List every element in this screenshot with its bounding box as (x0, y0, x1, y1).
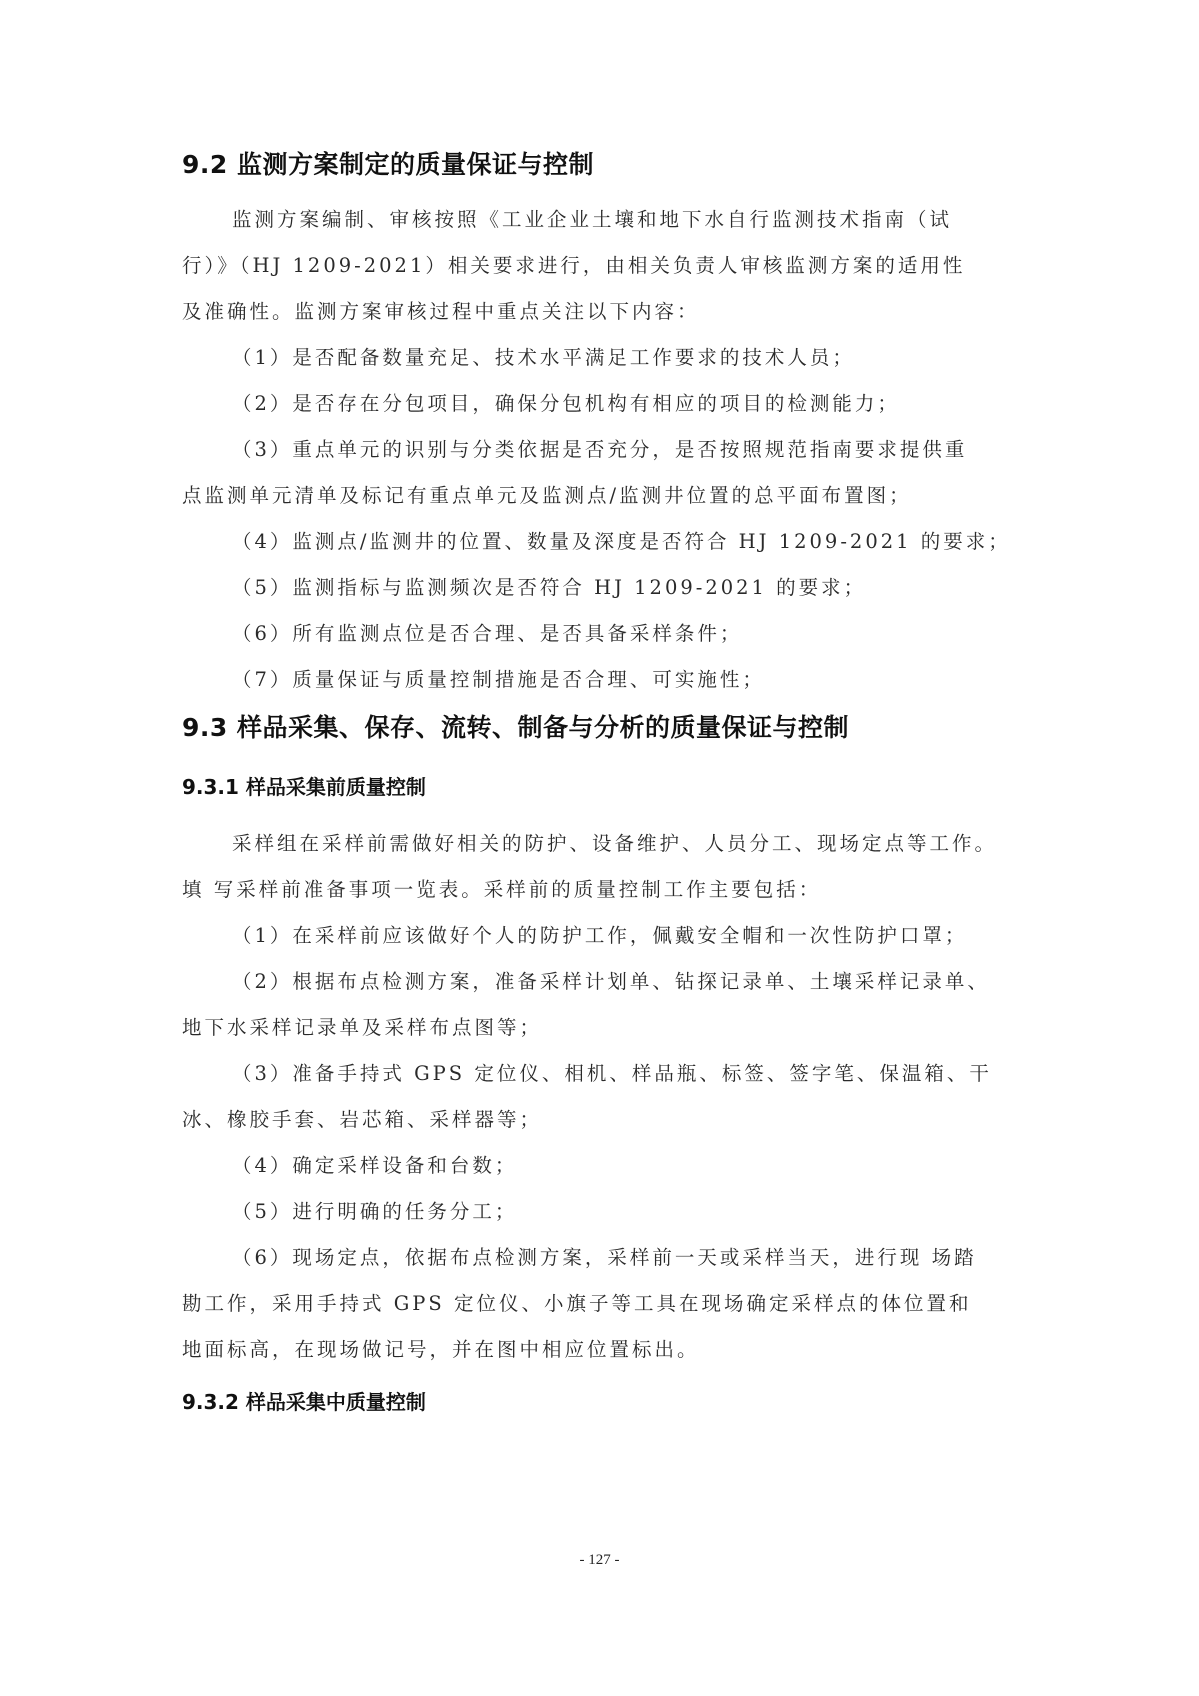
subsection-heading-9-3-2: 9.3.2 样品采集中质量控制 (182, 1388, 426, 1416)
list-item-continuation: 冰、橡胶手套、岩芯箱、采样器等； (182, 1106, 542, 1134)
list-item: （5）监测指标与监测频次是否符合 HJ 1209-2021 的要求； (232, 574, 866, 602)
list-item: （1）在采样前应该做好个人的防护工作，佩戴安全帽和一次性防护口罩； (232, 922, 967, 950)
list-item: （4）确定采样设备和台数； (232, 1152, 517, 1180)
list-item-continuation: 点监测单元清单及标记有重点单元及监测点/监测井位置的总平面布置图； (182, 482, 912, 510)
list-item: （2）是否存在分包项目，确保分包机构有相应的项目的检测能力； (232, 390, 900, 418)
list-item: （6）所有监测点位是否合理、是否具备采样条件； (232, 620, 742, 648)
list-item-continuation: 地面标高，在现场做记号，并在图中相应位置标出。 (182, 1336, 700, 1364)
page-number: - 127 - (0, 1552, 1199, 1569)
paragraph-line: 行）》（HJ 1209-2021）相关要求进行，由相关负责人审核监测方案的适用性 (182, 252, 965, 280)
list-item: （3）准备手持式 GPS 定位仪、相机、样品瓶、标签、签字笔、保温箱、干 (232, 1060, 992, 1088)
list-item: （5）进行明确的任务分工； (232, 1198, 517, 1226)
subsection-heading-9-3-1: 9.3.1 样品采集前质量控制 (182, 773, 426, 801)
paragraph-line: 及准确性。监测方案审核过程中重点关注以下内容： (182, 298, 700, 326)
list-item: （3）重点单元的识别与分类依据是否充分，是否按照规范指南要求提供重 (232, 436, 967, 464)
list-item-continuation: 地下水采样记录单及采样布点图等； (182, 1014, 542, 1042)
list-item: （7）质量保证与质量控制措施是否合理、可实施性； (232, 666, 765, 694)
list-item: （1）是否配备数量充足、技术水平满足工作要求的技术人员； (232, 344, 855, 372)
list-item-continuation: 勘工作，采用手持式 GPS 定位仪、小旗子等工具在现场确定采样点的体位置和 (182, 1290, 971, 1318)
list-item: （4）监测点/监测井的位置、数量及深度是否符合 HJ 1209-2021 的要求… (232, 528, 1011, 556)
section-heading-9-3: 9.3 样品采集、保存、流转、制备与分析的质量保证与控制 (182, 712, 849, 744)
paragraph-line: 填 写采样前准备事项一览表。采样前的质量控制工作主要包括： (182, 876, 821, 904)
paragraph-line: 采样组在采样前需做好相关的防护、设备维护、人员分工、现场定点等工作。 (232, 830, 997, 858)
section-heading-9-2: 9.2 监测方案制定的质量保证与控制 (182, 149, 594, 181)
paragraph-line: 监测方案编制、审核按照《工业企业土壤和地下水自行监测技术指南（试 (232, 206, 952, 234)
document-page: 9.2 监测方案制定的质量保证与控制 监测方案编制、审核按照《工业企业土壤和地下… (0, 0, 1199, 1696)
list-item: （6）现场定点，依据布点检测方案，采样前一天或采样当天，进行现 场踏 (232, 1244, 977, 1272)
list-item: （2）根据布点检测方案，准备采样计划单、钻探记录单、土壤采样记录单、 (232, 968, 990, 996)
